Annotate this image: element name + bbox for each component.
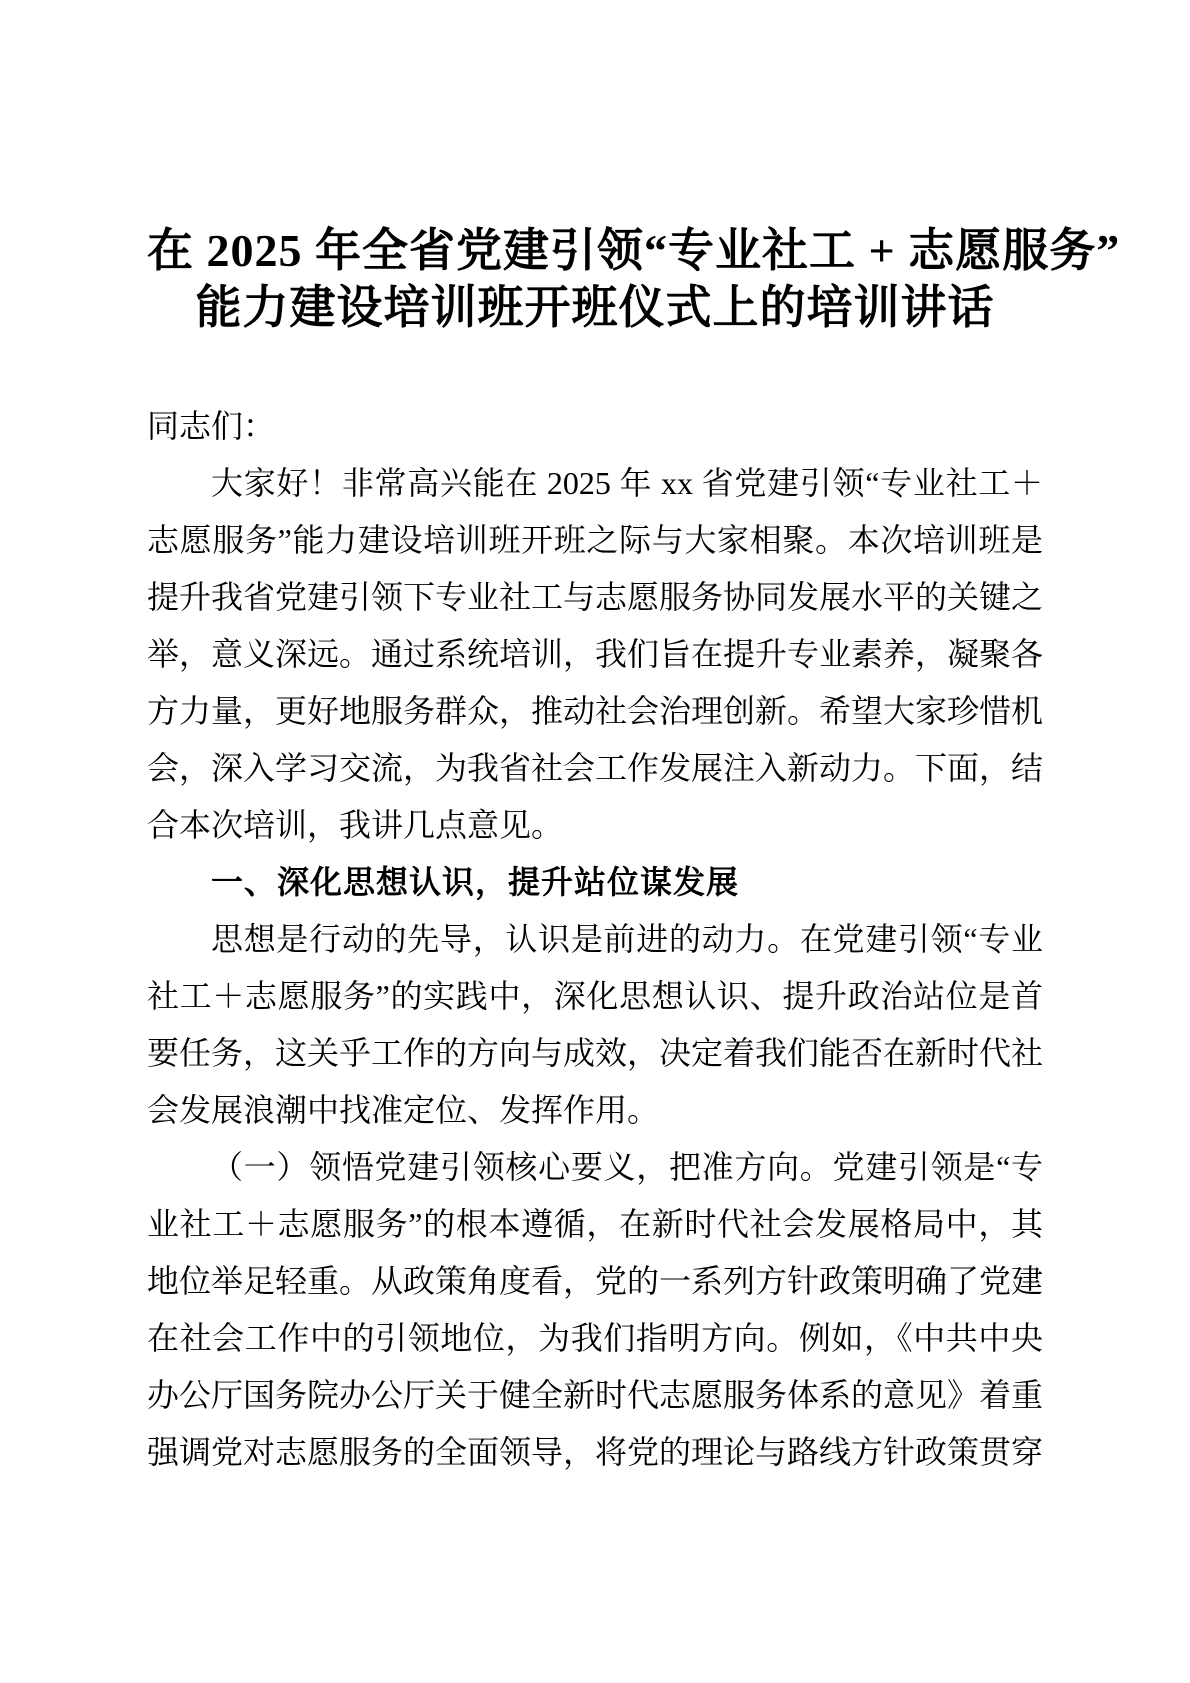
section-heading: 一、深化思想认识，提升站位谋发展 xyxy=(147,854,1043,911)
paragraph: 思想是行动的先导，认识是前进的动力。在党建引领“专业社工＋志愿服务”的实践中，深… xyxy=(147,911,1043,1139)
document-body: 同志们：大家好！非常高兴能在 2025 年 xx 省党建引领“专业社工＋志愿服务… xyxy=(147,398,1043,1481)
document-title-line-2: 能力建设培训班开班仪式上的培训讲话 xyxy=(147,279,1043,336)
paragraph: 大家好！非常高兴能在 2025 年 xx 省党建引领“专业社工＋志愿服务”能力建… xyxy=(147,455,1043,854)
document-page: 在 2025 年全省党建引领“专业社工 + 志愿服务” 能力建设培训班开班仪式上… xyxy=(0,0,1190,1683)
paragraph: （一）领悟党建引领核心要义，把准方向。党建引领是“专业社工＋志愿服务”的根本遵循… xyxy=(147,1139,1043,1481)
document-title-line-1: 在 2025 年全省党建引领“专业社工 + 志愿服务” xyxy=(147,222,1043,279)
paragraph: 同志们： xyxy=(147,398,1043,455)
document-title: 在 2025 年全省党建引领“专业社工 + 志愿服务” 能力建设培训班开班仪式上… xyxy=(147,222,1043,336)
